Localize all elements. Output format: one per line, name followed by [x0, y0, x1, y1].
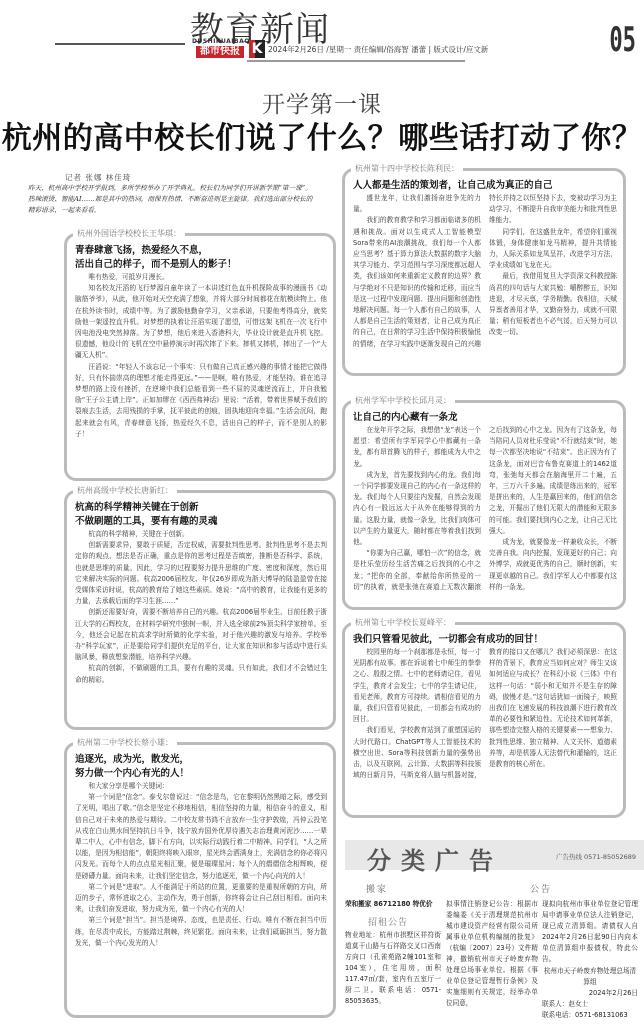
- notice-ad-col1: 拟事情注销登记公告：根据市委编委《关于清理规范杭州市城市建设资产经营有限公司所属…: [446, 899, 538, 1009]
- article-headline: 杭州的高中校长们说了什么？哪些话打动了你？: [0, 113, 644, 157]
- article-byline: 记者 张娜 林佳琦: [65, 172, 131, 183]
- principal-label: 杭州第二中学校长蔡小雄：: [73, 737, 177, 748]
- quote-box-erzhong: 杭州第二中学校长蔡小雄： 追逐光，成为光，散发光， 努力做一个内心有光的人！ 和…: [64, 742, 336, 1018]
- principal-label: 杭州外国语学校校长王华琪：: [73, 228, 185, 239]
- quote-body: 杭高的科学精神，关键在于创新。 创新需要求异，要敢于质疑，否定权威，需要批判性思…: [75, 529, 327, 686]
- classifieds-title: 分类广告: [367, 841, 503, 876]
- principal-label: 杭州第七中学校长夏峰平：: [351, 617, 455, 628]
- article-lead: 昨天，杭州高中学校开学报到，多所学校举办了开学典礼。校长们为同学们开讲新学期“第…: [28, 183, 318, 216]
- notice-phone: 联系电话：0571-68131063: [542, 1010, 638, 1021]
- category-lease: 招租公告: [368, 915, 408, 928]
- quote-box-qizhong: 杭州第七中学校长夏峰平： 我们只管看见彼此，一切都会有成功的回甘！ 校园里的每一…: [342, 622, 626, 818]
- notice-signature: 杭州市天子岭废弃物处理总场清算组: [542, 966, 638, 988]
- quote-title: 青春肆意飞扬，热爱经久不息，: [75, 244, 327, 258]
- category-moving: 搬家: [366, 882, 388, 895]
- quote-body: 在龙年开学之际，我想借“龙”表达一个愿望：希望所有学军同学心中都藏有一条龙，都有…: [353, 425, 617, 593]
- quote-box-shisizhong: 杭州第十四中学校长陈利民： 人人都是生活的策划者，让自己成为真正的自己 盛世龙年…: [342, 168, 626, 376]
- quote-title: 不做刷题的工具，要有有趣的灵魂: [75, 515, 327, 529]
- quote-box-hanggao: 杭州高级中学校长唐新红： 杭高的科学精神关键在于创新 不做刷题的工具，要有有趣的…: [64, 490, 336, 730]
- principal-label: 杭州第十四中学校长陈利民：: [351, 163, 463, 174]
- lease-ad: 物业地址：杭州市拱墅区祥符街道莫干山路与石祥路交叉口西南方向口（孔雀苑路2幢10…: [345, 930, 441, 1007]
- notice-contact: 联系人：赵女士: [542, 999, 638, 1010]
- quote-body: 校园里的每一个刹那都是永恒，每一寸光阴都有故事。都在诉说着七中师生的拳拳之心、殷…: [353, 647, 617, 781]
- moving-ad: 荣和搬家 86712180 特优价: [345, 899, 441, 910]
- quote-body: 盛世龙年，让我们激扬奋进争先的力量。 我们的教育教学和学习都面临诸多的机遇和挑战…: [353, 193, 617, 350]
- principal-label: 杭州高级中学校长唐新红：: [73, 485, 177, 496]
- quote-title: 努力做一个内心有光的人！: [75, 767, 327, 781]
- quote-title: 活出自己的样子，而不是别人的影子！: [75, 258, 327, 272]
- page-number: 05: [609, 20, 636, 60]
- quote-box-hangwai: 杭州外国语学校校长王华琪： 青春肆意飞扬，热爱经久不息， 活出自己的样子，而不是…: [64, 233, 336, 481]
- masthead-rule: [55, 43, 185, 45]
- classifieds-hotline: 广告热线 0571-85052689: [556, 852, 636, 861]
- quote-title: 人人都是生活的策划者，让自己成为真正的自己: [353, 179, 617, 193]
- classifieds-banner: 分类广告 广告热线 0571-85052689: [345, 840, 644, 870]
- brand-logo-icon: K: [249, 40, 265, 58]
- principal-label: 杭州学军中学校长邱月灵：: [351, 395, 455, 406]
- quote-title: 杭高的科学精神关键在于创新: [75, 501, 327, 515]
- quote-title: 让自己的内心藏有一条龙: [353, 411, 617, 425]
- issue-info: 2024年2月26日 /星期一 责任编辑/俗海智 潘蕾 | 版式设计/应文新: [268, 44, 488, 55]
- brand-english: DUSHIKUAIBAO: [192, 38, 250, 45]
- brand-chinese: 都市快报: [196, 46, 244, 58]
- notice-ad-col2: 现拟向杭州市事业单位登记管理局申请事业单位法人注销登记，现已成立清算组。请债权人…: [542, 899, 638, 965]
- quote-box-xuejun: 杭州学军中学校长邱月灵： 让自己的内心藏有一条龙 在龙年开学之际，我想借“龙”表…: [342, 400, 626, 610]
- category-notice: 公告: [530, 882, 552, 895]
- quote-body: 和大家分享是哪个关键词： 第一个词是“信念”。泰戈尔曾说过：“信念是鸟，它在黎明…: [75, 781, 327, 949]
- quote-title: 追逐光，成为光，散发光，: [75, 753, 327, 767]
- quote-title: 我们只管看见彼此，一切都会有成功的回甘！: [353, 633, 617, 647]
- quote-body: 唯有热爱，可抵岁月漫长。 知名校友汪滔的飞行梦源自童年读了一本讲述红色直升机探险…: [75, 272, 327, 440]
- notice-date: 2024年2月26日: [542, 988, 638, 999]
- masthead-rule: [247, 60, 465, 62]
- masthead: 教育新闻 DUSHIKUAIBAO 都市快报 K 2024年2月26日 /星期一…: [0, 0, 644, 70]
